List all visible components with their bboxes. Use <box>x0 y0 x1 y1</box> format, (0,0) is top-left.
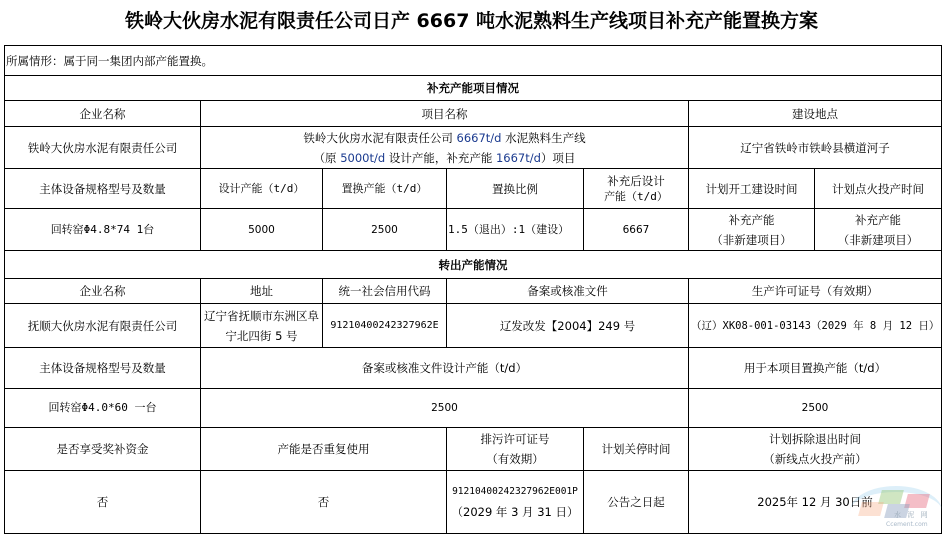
header-transfer-company: 企业名称 <box>5 279 201 304</box>
project-text: 铁岭大伙房水泥有限责任公司 <box>303 131 456 145</box>
header-reuse: 产能是否重复使用 <box>201 428 447 471</box>
value-design-capacity: 5000 <box>201 209 323 251</box>
supplement-section-row: 补充产能项目情况 <box>5 76 942 101</box>
value-equipment: 回转窑Φ4.8*74 1台 <box>5 209 201 251</box>
header-after-capacity-line1: 补充后设计 <box>586 173 686 189</box>
address-line2: 宁北四街 5 号 <box>201 326 322 346</box>
pollution-permit-number: 91210400242327962E001P <box>447 482 583 502</box>
capacity-replacement-table: 所属情形：属于同一集团内部产能置换。 补充产能项目情况 企业名称 项目名称 建设… <box>4 45 942 534</box>
header-location: 建设地点 <box>689 101 942 127</box>
transfer-cap-header-row: 主体设备规格型号及数量 备案或核准文件设计产能（t/d） 用于本项目置换产能（t… <box>5 348 942 389</box>
project-original-capacity: 5000t/d <box>340 151 385 165</box>
supplement-company: 铁岭大伙房水泥有限责任公司 <box>5 127 201 169</box>
supplement-value-row: 铁岭大伙房水泥有限责任公司 铁岭大伙房水泥有限责任公司 6667t/d 水泥熟料… <box>5 127 942 169</box>
situation-row: 所属情形：属于同一集团内部产能置换。 <box>5 46 942 76</box>
project-text: （原 <box>314 151 341 165</box>
supplement-spec-header-row: 主体设备规格型号及数量 设计产能（t/d） 置换产能（t/d） 置换比例 补充后… <box>5 169 942 209</box>
project-text: 水泥熟料生产线 <box>501 131 585 145</box>
pollution-header-line2: （有效期） <box>449 449 581 469</box>
project-line-1: 铁岭大伙房水泥有限责任公司 6667t/d 水泥熟料生产线 <box>203 128 686 148</box>
value-after-capacity: 6667 <box>584 209 689 251</box>
transfer-company: 抚顺大伙房水泥有限责任公司 <box>5 304 201 348</box>
value-start-time: 补充产能 （非新建项目） <box>689 209 815 251</box>
supplement-spec-value-row: 回转窑Φ4.8*74 1台 5000 2500 1.5（退出）:1（建设） 66… <box>5 209 942 251</box>
value-used-capacity: 2500 <box>689 389 942 428</box>
header-filing-doc: 备案或核准文件 <box>447 279 689 304</box>
address-line1: 辽宁省抚顺市东洲区阜 <box>201 306 322 326</box>
value-filing-capacity: 2500 <box>201 389 689 428</box>
project-capacity: 6667t/d <box>457 131 502 145</box>
value-transfer-equipment: 回转窑Φ4.0*60 一台 <box>5 389 201 428</box>
transfer-address: 辽宁省抚顺市东洲区阜 宁北四街 5 号 <box>201 304 323 348</box>
fire-time-line1: 补充产能 <box>817 210 939 230</box>
header-fire-time: 计划点火投产时间 <box>815 169 942 209</box>
header-company: 企业名称 <box>5 101 201 127</box>
header-transfer-equipment: 主体设备规格型号及数量 <box>5 348 201 389</box>
header-credit-code: 统一社会信用代码 <box>323 279 447 304</box>
header-pollution-permit: 排污许可证号 （有效期） <box>447 428 584 471</box>
header-used-capacity: 用于本项目置换产能（t/d） <box>689 348 942 389</box>
fire-time-line2: （非新建项目） <box>817 230 939 250</box>
header-address: 地址 <box>201 279 323 304</box>
header-equipment: 主体设备规格型号及数量 <box>5 169 201 209</box>
transfer-misc-value-row: 否 否 91210400242327962E001P （2029 年 3 月 3… <box>5 471 942 534</box>
transfer-credit-code: 91210400242327962E <box>323 304 447 348</box>
header-filing-capacity: 备案或核准文件设计产能（t/d） <box>201 348 689 389</box>
header-demolish: 计划拆除退出时间 （新线点火投产前） <box>689 428 942 471</box>
supplement-section-title: 补充产能项目情况 <box>5 76 942 101</box>
start-time-line2: （非新建项目） <box>691 230 812 250</box>
transfer-misc-header-row: 是否享受奖补资金 产能是否重复使用 排污许可证号 （有效期） 计划关停时间 计划… <box>5 428 942 471</box>
pollution-permit-expiry: （2029 年 3 月 31 日） <box>447 502 583 522</box>
transfer-value-row: 抚顺大伙房水泥有限责任公司 辽宁省抚顺市东洲区阜 宁北四街 5 号 912104… <box>5 304 942 348</box>
supplement-location: 辽宁省铁岭市铁岭县横道河子 <box>689 127 942 169</box>
header-start-time: 计划开工建设时间 <box>689 169 815 209</box>
transfer-filing-doc: 辽发改发【2004】249 号 <box>447 304 689 348</box>
document-title: 铁岭大伙房水泥有限责任公司日产 6667 吨水泥熟料生产线项目补充产能置换方案 <box>0 6 943 33</box>
header-after-capacity-line2: 产能（t/d） <box>586 189 686 205</box>
transfer-section-title: 转出产能情况 <box>5 251 942 279</box>
value-ratio: 1.5（退出）:1（建设） <box>447 209 584 251</box>
value-demolish: 2025年 12 月 30日前 <box>689 471 942 534</box>
demolish-header-line1: 计划拆除退出时间 <box>691 429 939 449</box>
project-line-2: （原 5000t/d 设计产能，补充产能 1667t/d）项目 <box>203 148 686 168</box>
header-license: 生产许可证号（有效期） <box>689 279 942 304</box>
header-replace-capacity: 置换产能（t/d） <box>323 169 447 209</box>
project-added-capacity: 1667t/d <box>496 151 541 165</box>
transfer-license: （辽）XK08-001-03143（2029 年 8 月 12 日） <box>689 304 942 348</box>
header-after-capacity: 补充后设计 产能（t/d） <box>584 169 689 209</box>
value-fire-time: 补充产能 （非新建项目） <box>815 209 942 251</box>
demolish-header-line2: （新线点火投产前） <box>691 449 939 469</box>
project-text: 设计产能，补充产能 <box>385 151 496 165</box>
value-subsidy: 否 <box>5 471 201 534</box>
transfer-cap-value-row: 回转窑Φ4.0*60 一台 2500 2500 <box>5 389 942 428</box>
value-replace-capacity: 2500 <box>323 209 447 251</box>
header-subsidy: 是否享受奖补资金 <box>5 428 201 471</box>
header-ratio: 置换比例 <box>447 169 584 209</box>
pollution-header-line1: 排污许可证号 <box>449 429 581 449</box>
value-reuse: 否 <box>201 471 447 534</box>
header-design-capacity: 设计产能（t/d） <box>201 169 323 209</box>
situation-text: 所属情形：属于同一集团内部产能置换。 <box>5 46 942 76</box>
transfer-section-row: 转出产能情况 <box>5 251 942 279</box>
header-project: 项目名称 <box>201 101 689 127</box>
transfer-header-row: 企业名称 地址 统一社会信用代码 备案或核准文件 生产许可证号（有效期） <box>5 279 942 304</box>
project-text: ）项目 <box>541 151 576 165</box>
value-shutdown: 公告之日起 <box>584 471 689 534</box>
supplement-header-row: 企业名称 项目名称 建设地点 <box>5 101 942 127</box>
value-pollution-permit: 91210400242327962E001P （2029 年 3 月 31 日） <box>447 471 584 534</box>
start-time-line1: 补充产能 <box>691 210 812 230</box>
supplement-project: 铁岭大伙房水泥有限责任公司 6667t/d 水泥熟料生产线 （原 5000t/d… <box>201 127 689 169</box>
header-shutdown: 计划关停时间 <box>584 428 689 471</box>
